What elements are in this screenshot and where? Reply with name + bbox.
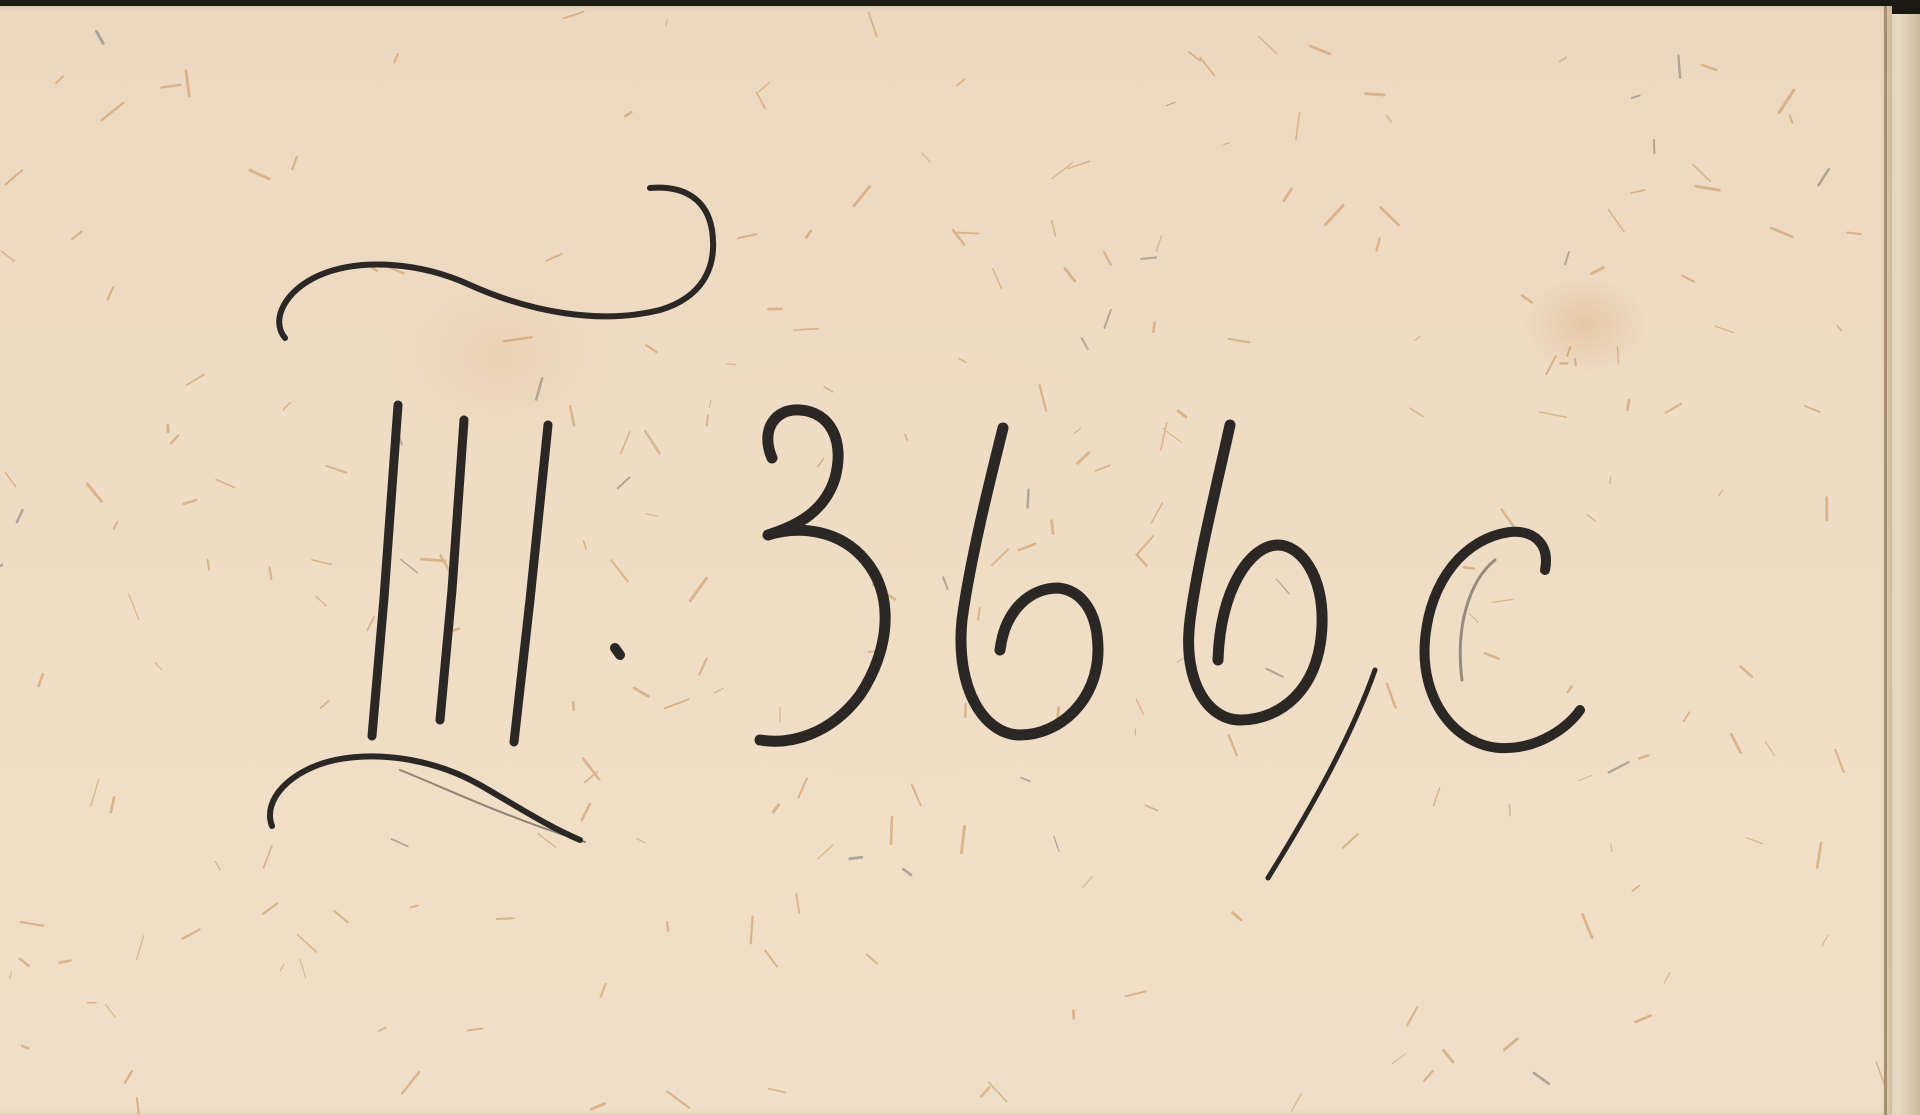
top-flourish-stroke <box>279 188 713 338</box>
letter-c-shadow <box>1460 560 1495 680</box>
digit-6-second-stroke <box>1189 425 1323 720</box>
bottom-flourish-stroke <box>270 756 580 840</box>
letter-c-stroke <box>1425 532 1580 748</box>
digit-3-stroke <box>760 410 885 741</box>
digit-6-first-stroke <box>961 428 1098 735</box>
numeral-stroke-3 <box>514 425 548 742</box>
handwritten-inscription <box>0 0 1920 1115</box>
numeral-stroke-1 <box>372 405 398 736</box>
photo-scene: III 366c III 366 c <box>0 0 1920 1115</box>
separator-dot <box>615 648 620 655</box>
numeral-stroke-2 <box>440 420 464 720</box>
